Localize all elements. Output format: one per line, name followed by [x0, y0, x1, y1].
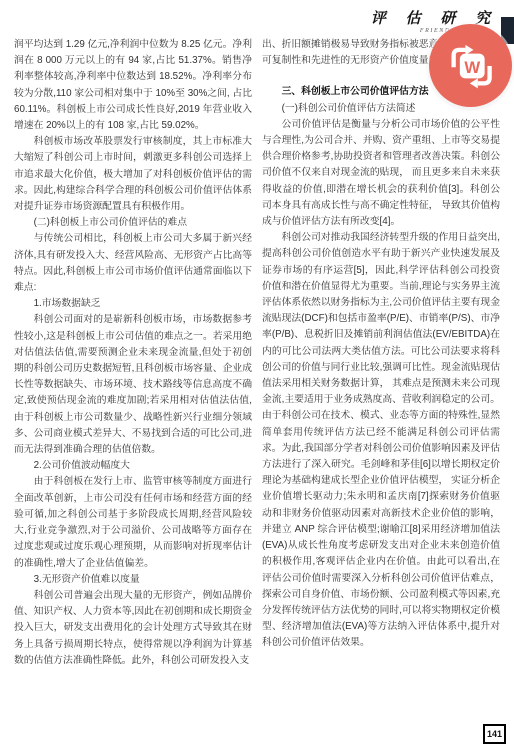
wps-watermark-button[interactable]: W — [429, 24, 512, 107]
paragraph: 科创板市场改革股票发行审核制度，其上市标准大大缩短了科创公司上市时间，刺激更多科… — [14, 134, 252, 215]
paragraph: 润平均达到 1.29 亿元,净利润中位数为 8.25 亿元。净利润在 8 000… — [14, 37, 252, 134]
paragraph: 科创公司对推动我国经济转型升级的作用日益突出,提高科创公司价值创造水平有助于新兴… — [262, 230, 500, 651]
document-convert-icon: W — [440, 35, 502, 97]
paragraph: 科创公司普遍会出现大量的无形资产，例如品牌价值、知识产权、人力资本等,因此在初创… — [14, 588, 252, 669]
paragraph: 公司价值评估是衡量与分析公司市场价值的公平性与合理性,为公司合并、并购、资产重组… — [262, 117, 500, 230]
svg-text:W: W — [464, 57, 480, 76]
article-body: 润平均达到 1.29 亿元,净利润中位数为 8.25 亿元。净利润在 8 000… — [14, 37, 500, 669]
left-column: 润平均达到 1.29 亿元,净利润中位数为 8.25 亿元。净利润在 8 000… — [14, 37, 252, 669]
paragraph: 与传统公司相比，科创板上市公司大多属于新兴经济体,具有研发投入大、经营风险高、无… — [14, 231, 252, 296]
sub-heading: 2.公司价值波动幅度大 — [14, 458, 252, 474]
sub-heading: 1.市场数据缺乏 — [14, 296, 252, 312]
right-column: 出、折旧额摊销极易导致财务指标被恶意操作可复制性和先进性的无形资产价值度量难度较… — [262, 37, 500, 669]
paragraph: 科创公司面对的是崭新科创板市场，市场数据参考性较小,这是科创板上市公司估值的难点… — [14, 312, 252, 458]
sub-heading: 3.无形资产价值难以度量 — [14, 572, 252, 588]
journal-page: 评 估 研 究 FRIENDS OF A 润平均达到 1.29 亿元,净利润中位… — [0, 0, 514, 753]
sub-heading: (二)科创板上市公司价值评估的难点 — [14, 215, 252, 231]
page-number: 141 — [483, 724, 506, 744]
paragraph: 由于科创板在发行上市、监管审核等制度方面进行全面改革创新，上市公司没有任何市场和… — [14, 474, 252, 571]
